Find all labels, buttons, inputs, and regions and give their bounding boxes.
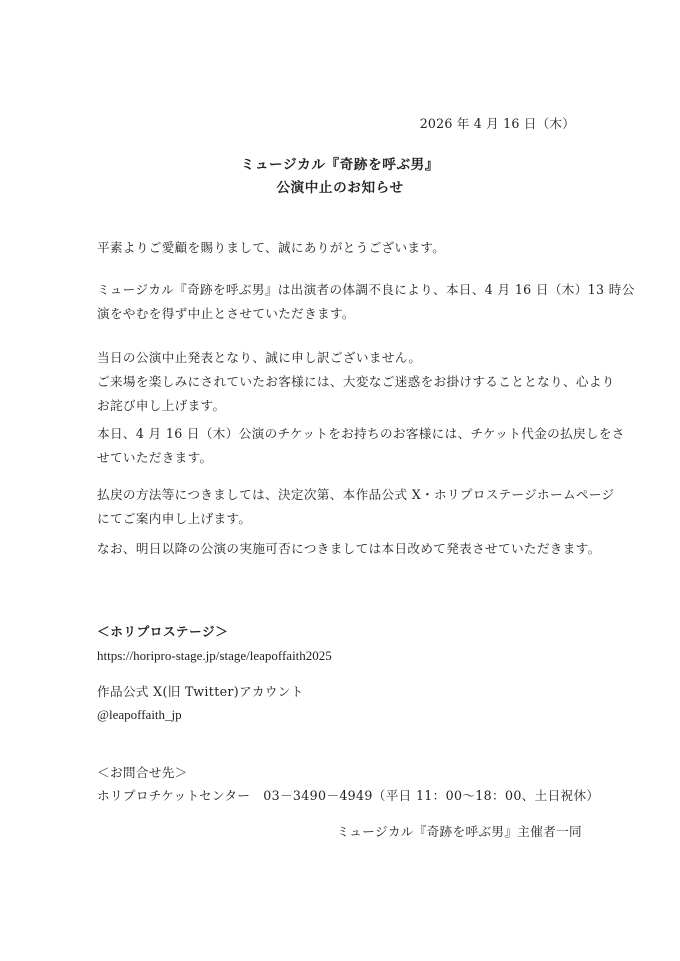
- body-line: なお、明日以降の公演の実施可否につきましては本日改めて発表させていただきます。: [97, 541, 601, 557]
- body-line: お詫び申し上げます。: [97, 398, 225, 414]
- body-line: 平素よりご愛顧を賜りまして、誠にありがとうございます。: [97, 240, 445, 256]
- title-line-1: ミュージカル『奇跡を呼ぶ男』: [0, 157, 680, 173]
- body-line: 当日の公演中止発表となり、誠に申し訳ございません。: [97, 350, 421, 366]
- horipro-stage-url-link[interactable]: https://horipro-stage.jp/stage/leapoffai…: [97, 648, 332, 664]
- body-line: 払戻の方法等につきましては、決定次第、本作品公式 X・ホリプロステージホームペー…: [97, 487, 614, 503]
- body-line: ミュージカル『奇跡を呼ぶ男』は出演者の体調不良により、本日、4 月 16 日（木…: [97, 282, 635, 298]
- title-line-2: 公演中止のお知らせ: [0, 180, 680, 196]
- body-line: 演をやむを得ず中止とさせていただきます。: [97, 306, 355, 322]
- body-line: せていただきます。: [97, 450, 213, 466]
- organizer-signature: ミュージカル『奇跡を呼ぶ男』主催者一同: [337, 824, 582, 840]
- body-line: ご来場を楽しみにされていたお客様には、大変なご迷惑をお掛けすることとなり、心より: [97, 374, 615, 390]
- horipro-stage-heading: ＜ホリプロステージ＞: [97, 624, 228, 640]
- body-line: にてご案内申し上げます。: [97, 511, 251, 527]
- document-date: 2026 年 4 月 16 日（木）: [420, 116, 575, 132]
- official-x-handle: @leapoffaith_jp: [97, 707, 182, 723]
- body-line: 本日、4 月 16 日（木）公演のチケットをお持ちのお客様には、チケット代金の払…: [97, 426, 625, 442]
- contact-heading: ＜お問合せ先＞: [97, 765, 188, 781]
- contact-info: ホリプロチケットセンター 03－3490－4949（平日 11：00～18：00…: [97, 788, 599, 804]
- official-x-label: 作品公式 X(旧 Twitter)アカウント: [97, 684, 304, 700]
- notice-document: 2026 年 4 月 16 日（木） ミュージカル『奇跡を呼ぶ男』 公演中止のお…: [0, 0, 680, 961]
